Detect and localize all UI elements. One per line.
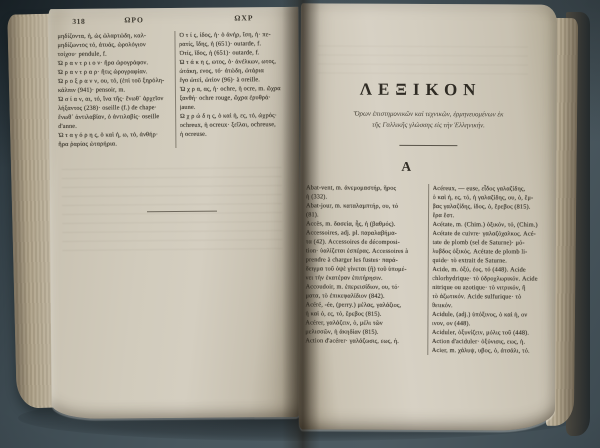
left-page-column-1: μηδίζοντα, ἡ, ὡς ὡλαρτώδη, καλ-μηδίζωντο…: [57, 31, 175, 149]
right-page-column-2: Acéreux, — euse, εἶδος γαλαζίδης,ὁ καὶ ἡ…: [427, 184, 550, 356]
right-page-column-1: Abat-vent, m. ἀνεμομαστήρ, ῆροςἡ (332).A…: [305, 183, 427, 355]
section-end-rule: [147, 211, 217, 213]
text-line: Acier, m. χάλυψ, υβος, ὁ, ἀτσάλι, τό.: [432, 346, 550, 356]
left-page-header: 318 ΩΡΟ ΩΧΡ: [48, 14, 298, 28]
text-line: Action d'acérer· γαλάζωσις, εως, ἡ.: [305, 336, 423, 346]
text-line: ἥρα ῥαρίας ὠταρήρια.: [58, 139, 171, 149]
right-page: ΛΕΞΙΚΟΝ Ὅρων ἐπιστημονικῶν καὶ τεχνικῶν,…: [299, 3, 557, 430]
left-page: 318 ΩΡΟ ΩΧΡ μηδίζοντα, ἡ, ὡς ὡλαρτώδη, κ…: [48, 7, 302, 419]
text-line: ochreux, ἡ ocreux· ξεῖλαι, ochreuse,: [180, 120, 293, 130]
text-line: Ὠ τ α γ ό ρ η ς, ὁ καὶ ἡ, ω, τό, ἀνθήρ·: [58, 130, 171, 140]
open-book-photo: 318 ΩΡΟ ΩΧΡ μηδίζοντα, ἡ, ὡς ὡλαρτώδη, κ…: [0, 0, 600, 448]
text-line: Ὠ τ ά κ η ς, ωτος, ὁ· ἀνέλκων, ωτος,: [179, 57, 292, 67]
text-line: Ὡ ρ ο ξ ρ α ν ν, ου, τό, (ἐπὶ τοῦ ξηρόλη…: [58, 76, 171, 86]
left-page-columns: μηδίζοντα, ἡ, ὡς ὡλαρτώδη, καλ-μηδίζωντο…: [57, 30, 292, 149]
running-head-right: ΩΧΡ: [234, 13, 253, 22]
running-head-left: ΩΡΟ: [124, 15, 144, 24]
text-line: ἔνωθ᾽ ἀντιλαβίαν, ὁ ἀντιλαβίς· oseille: [58, 112, 171, 122]
text-line: Ὤ χ ρ α, ας, ἡ· ochre, ἡ ocre, m. ὤχρα: [179, 84, 292, 94]
right-page-content: ΛΕΞΙΚΟΝ Ὅρων ἐπιστημονικῶν καὶ τεχνικῶν,…: [305, 3, 551, 355]
lexicon-title: ΛΕΞΙΚΟΝ: [299, 79, 543, 100]
title-rule: [399, 145, 457, 146]
text-line: ἡ ocreuse.: [180, 129, 293, 139]
subtitle-line-2: τῆς Γαλλικῆς γλώσσης εἰς τὴν Ἑλληνικήν.: [306, 119, 550, 131]
lexicon-subtitle: Ὅρων ἐπιστημονικῶν καὶ τεχνικῶν, ἑρμηνευ…: [306, 108, 550, 131]
left-page-column-2: Ὀ τ ί ς, ίδος, ἡ· ὁ ἀνήρ, ἴση, ἡ· πε-ρατ…: [174, 30, 293, 148]
section-letter-A: Α: [284, 158, 528, 175]
page-number: 318: [72, 17, 85, 26]
right-page-columns: Abat-vent, m. ἀνεμομαστήρ, ῆροςἡ (332).A…: [305, 183, 550, 355]
text-line: Abat-jour, m. καταλαμπτήρ, ου, τό: [306, 201, 424, 211]
